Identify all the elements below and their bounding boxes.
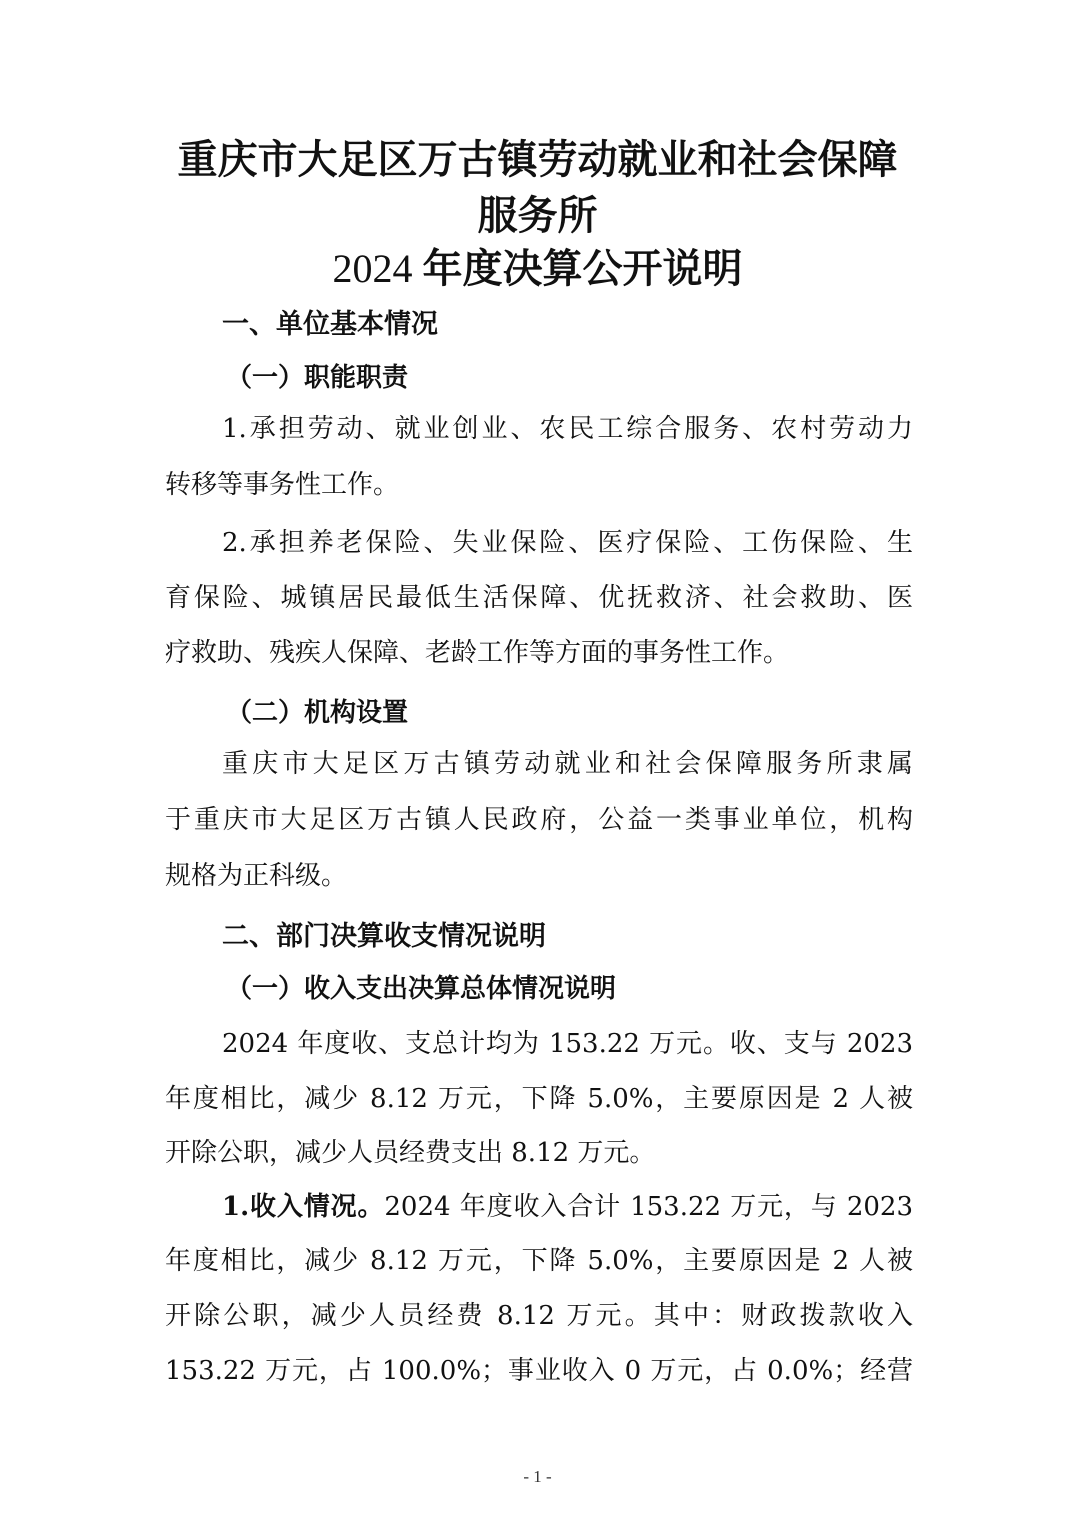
- organization-para-line-2: 于重庆市大足区万古镇人民政府，公益一类事业单位，机构: [165, 804, 913, 836]
- overall-para-line-1: 2024 年度收、支总计均为 153.22 万元。收、支与 2023: [222, 1028, 913, 1060]
- page-number: - 1 -: [0, 1467, 1075, 1487]
- subsection-heading-functions: （一）职能职责: [226, 362, 408, 394]
- income-para-line-2: 年度相比，减少 8.12 万元，下降 5.0%，主要原因是 2 人被: [165, 1245, 913, 1277]
- overall-para-line-3: 开除公职，减少人员经费支出 8.12 万元。: [165, 1137, 913, 1169]
- income-para-line-4: 153.22 万元，占 100.0%；事业收入 0 万元，占 0.0%；经营: [165, 1355, 913, 1387]
- function-item-2-line-3: 疗救助、残疾人保障、老龄工作等方面的事务性工作。: [165, 637, 913, 669]
- overall-para-line-2: 年度相比，减少 8.12 万元，下降 5.0%，主要原因是 2 人被: [165, 1083, 913, 1115]
- title-line-2: 服务所: [0, 194, 1075, 238]
- income-para-line-3: 开除公职，减少人员经费 8.12 万元。其中：财政拨款收入: [165, 1300, 913, 1332]
- function-item-1-line-1: 1.承担劳动、就业创业、农民工综合服务、农村劳动力: [222, 413, 913, 445]
- function-item-2-line-2: 育保险、城镇居民最低生活保障、优抚救济、社会救助、医: [165, 582, 913, 614]
- income-lead: 1.收入情况。: [222, 1192, 384, 1222]
- organization-para-line-3: 规格为正科级。: [165, 860, 913, 892]
- function-item-2-line-1: 2.承担养老保险、失业保险、医疗保险、工伤保险、生: [222, 527, 913, 559]
- title-year: 2024: [333, 246, 413, 291]
- subsection-heading-overall: （一）收入支出决算总体情况说明: [226, 973, 616, 1005]
- title-line-3: 2024 年度决算公开说明: [0, 247, 1075, 291]
- organization-para-line-1: 重庆市大足区万古镇劳动就业和社会保障服务所隶属: [222, 748, 913, 780]
- section-heading-unit-basics: 一、单位基本情况: [222, 309, 438, 341]
- subsection-heading-organization: （二）机构设置: [226, 697, 408, 729]
- income-para-line-1: 1.收入情况。2024 年度收入合计 153.22 万元，与 2023: [222, 1191, 913, 1223]
- document-page: 重庆市大足区万古镇劳动就业和社会保障 服务所 2024 年度决算公开说明 一、单…: [0, 0, 1075, 1520]
- section-heading-final-accounts: 二、部门决算收支情况说明: [222, 921, 546, 953]
- title-line-1: 重庆市大足区万古镇劳动就业和社会保障: [0, 138, 1075, 182]
- income-line-1-rest: 2024 年度收入合计 153.22 万元，与 2023: [384, 1192, 913, 1222]
- title-subtitle: 年度决算公开说明: [423, 246, 743, 291]
- function-item-1-line-2: 转移等事务性工作。: [165, 469, 913, 501]
